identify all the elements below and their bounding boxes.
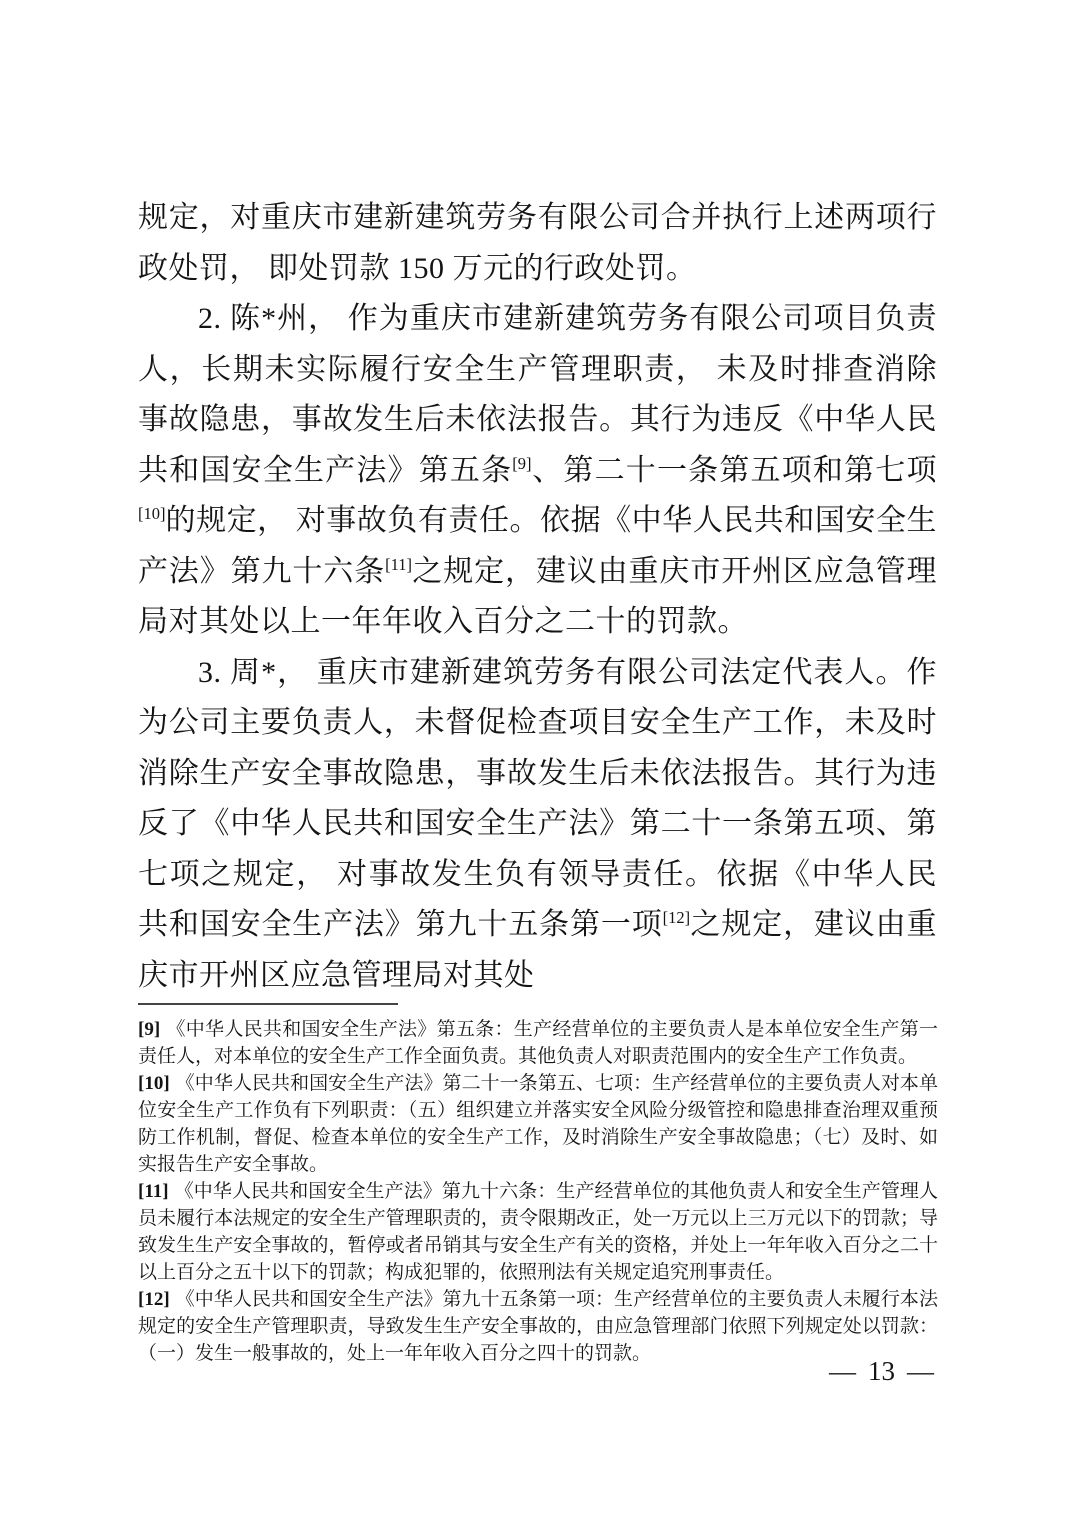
footnote-item: [9]《中华人民共和国安全生产法》第五条：生产经营单位的主要负责人是本单位安全生… [138,1016,938,1070]
body-text-segment: 、第二十一条第五项和第七项 [532,454,937,487]
footnote-item: [11]《中华人民共和国安全生产法》第九十六条：生产经营单位的其他负责人和安全生… [138,1178,938,1286]
body-text-segment: 3. 周*， 重庆市建新建筑劳务有限公司法定代表人。作为公司主要负责人，未督促检… [138,656,937,942]
body-paragraph: 3. 周*， 重庆市建新建筑劳务有限公司法定代表人。作为公司主要负责人，未督促检… [138,648,937,1002]
footnote-text: 《中华人民共和国安全生产法》第九十六条：生产经营单位的其他负责人和安全生产管理人… [138,1181,938,1283]
footnote-ref-marker: [12] [663,908,691,927]
document-page: 规定，对重庆市建新建筑劳务有限公司合并执行上述两项行政处罚， 即处罚款 150 … [0,0,1074,1520]
body-paragraph: 2. 陈*州， 作为重庆市建新建筑劳务有限公司项目负责人，长期未实际履行安全生产… [138,294,937,648]
footnote-separator [138,1003,398,1005]
footnote-item: [10]《中华人民共和国安全生产法》第二十一条第五、七项：生产经营单位的主要负责… [138,1070,938,1178]
footnote-ref-marker: [9] [512,454,531,473]
footnote-marker: [12] [138,1289,170,1310]
footer-dash-left: — [829,1356,856,1386]
footnote-text: 《中华人民共和国安全生产法》第二十一条第五、七项：生产经营单位的主要负责人对本单… [138,1073,938,1175]
footnote-marker: [9] [138,1019,160,1040]
footnote-text: 《中华人民共和国安全生产法》第五条：生产经营单位的主要负责人是本单位安全生产第一… [138,1019,938,1067]
page-footer: — 13 — [829,1356,934,1386]
body-paragraph: 规定，对重庆市建新建筑劳务有限公司合并执行上述两项行政处罚， 即处罚款 150 … [138,193,937,294]
footnote-text: 《中华人民共和国安全生产法》第九十五条第一项：生产经营单位的主要负责人未履行本法… [138,1289,938,1364]
document-body: 规定，对重庆市建新建筑劳务有限公司合并执行上述两项行政处罚， 即处罚款 150 … [138,193,937,1001]
body-text-segment: 规定，对重庆市建新建筑劳务有限公司合并执行上述两项行政处罚， 即处罚款 150 … [138,201,937,285]
footnotes-section: [9]《中华人民共和国安全生产法》第五条：生产经营单位的主要负责人是本单位安全生… [138,1016,938,1367]
footnote-marker: [11] [138,1181,169,1202]
footnote-ref-marker: [10] [138,504,166,523]
page-number: 13 [868,1356,895,1386]
footnote-item: [12]《中华人民共和国安全生产法》第九十五条第一项：生产经营单位的主要负责人未… [138,1286,938,1367]
footer-dash-right: — [907,1356,934,1386]
footnote-ref-marker: [11] [385,555,412,574]
footnote-marker: [10] [138,1073,170,1094]
